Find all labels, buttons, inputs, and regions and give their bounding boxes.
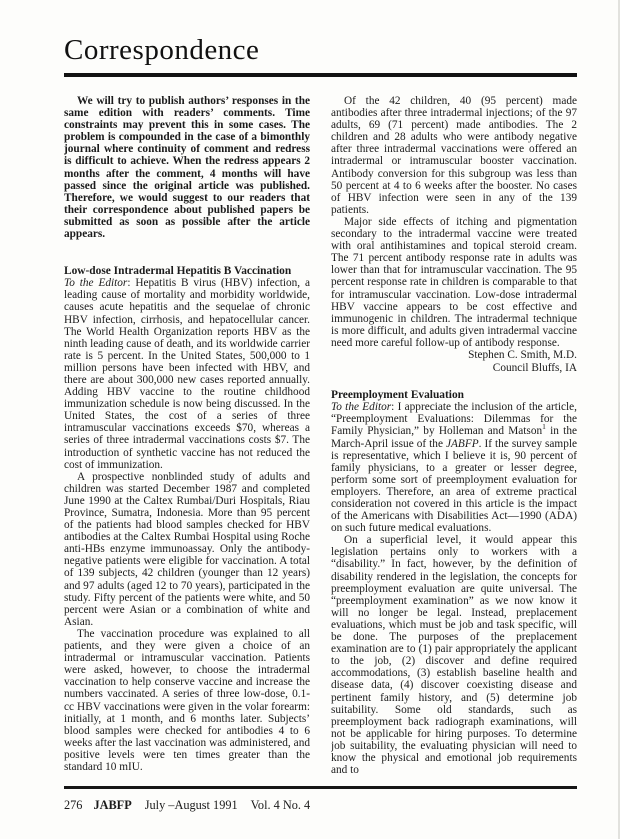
footer-line: 276 JABFP July –August 1991 Vol. 4 No. 4 (64, 798, 577, 813)
letter-heading-hbv: Low-dose Intradermal Hepatitis B Vaccina… (64, 265, 310, 277)
signature-location: Council Bluffs, IA (331, 362, 577, 375)
paragraph: A prospective nonblinded study of adults… (64, 471, 310, 628)
letter-heading-preemployment: Preemployment Evaluation (331, 389, 577, 401)
signature-name: Stephen C. Smith, M.D. (331, 349, 577, 362)
section-title: Correspondence (64, 36, 577, 65)
title-rule (64, 73, 577, 77)
paragraph: Of the 42 children, 40 (95 percent) made… (331, 95, 577, 216)
journal-abbreviation: JABFP (93, 798, 131, 813)
letter-signature: Stephen C. Smith, M.D. Council Bluffs, I… (331, 349, 577, 374)
right-column: Of the 42 children, 40 (95 percent) made… (331, 95, 577, 789)
page-number: 276 (64, 798, 82, 813)
issue-date: July –August 1991 (145, 798, 238, 813)
page-footer: 276 JABFP July –August 1991 Vol. 4 No. 4 (64, 786, 577, 813)
volume-number: Vol. 4 No. 4 (251, 798, 311, 813)
paragraph: Major side effects of itching and pigmen… (331, 216, 577, 349)
paragraph: The vaccination procedure was explained … (64, 628, 310, 773)
left-column: We will try to publish authors’ response… (64, 95, 310, 789)
journal-page: Correspondence We will try to publish au… (0, 0, 620, 839)
two-column-text: We will try to publish authors’ response… (64, 95, 577, 789)
paragraph: To the Editor: I appreciate the inclusio… (331, 401, 577, 534)
editorial-note: We will try to publish authors’ response… (64, 95, 310, 240)
paragraph: On a superficial level, it would appear … (331, 534, 577, 776)
page-content: Correspondence We will try to publish au… (64, 36, 577, 789)
footer-rule (64, 786, 577, 789)
paragraph: To the Editor: Hepatitis B virus (HBV) i… (64, 277, 310, 471)
